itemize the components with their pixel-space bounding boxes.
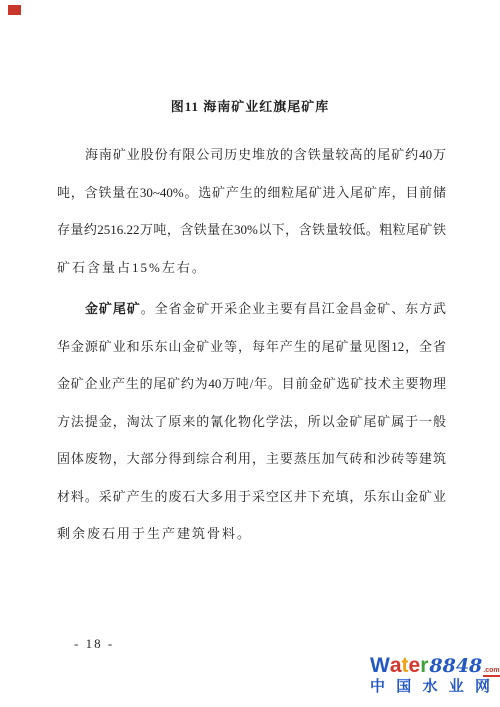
text-line: 金矿尾矿。全省金矿开采企业主要有昌江金昌金矿、东方武 [57,290,446,328]
text-line: 海南矿业股份有限公司历史堆放的含铁量较高的尾矿约40万 [57,136,446,174]
text-line: 材料。采矿产生的废石大多用于采空区井下充填，乐东山金矿业 [57,478,446,516]
paragraph: 海南矿业股份有限公司历史堆放的含铁量较高的尾矿约40万 吨，含铁量在30~40%… [57,136,446,286]
paragraph-lead-rest: 。全省金矿开采企业主要有昌江金昌金矿、东方武 [141,301,446,316]
text-line: 矿石含量占15%左右。 [57,249,446,287]
text-line: 剩余废石用于生产建筑骨料。 [57,515,446,553]
figure-caption: 图11 海南矿业红旗尾矿库 [0,96,500,115]
brand-number-8848: 8848 [429,655,482,677]
paragraph-lead-bold: 金矿尾矿 [85,301,141,316]
text-line: 固体废物，大部分得到综合利用，主要蒸压加气砖和沙砖等建筑 [57,440,446,478]
brand-letter-w: W [370,655,390,677]
text-line: 金矿企业产生的尾矿约为40万吨/年。目前金矿选矿技术主要物理 [57,365,446,403]
brand-tld-com: .com [483,667,499,677]
text-line: 方法提金，淘汰了原来的氰化物化学法，所以金矿尾矿属于一般 [57,403,446,441]
page-number: - 18 - [74,636,114,652]
brand-letter-e: e [409,655,421,677]
water8848-watermark-logo: W a t e r 8848 .com 中国水业网 [370,655,490,697]
document-page: 图11 海南矿业红旗尾矿库 海南矿业股份有限公司历史堆放的含铁量较高的尾矿约40… [0,0,500,707]
text-line: 存量约2516.22万吨，含铁量在30%以下，含铁量较低。粗粒尾矿铁 [57,211,446,249]
text-line: 华金源矿业和乐东山金矿业等，每年产生的尾矿量见图12，全省 [57,328,446,366]
text-line: 吨，含铁量在30~40%。选矿产生的细粒尾矿进入尾矿库，目前储 [57,174,446,212]
brand-letter-r: r [420,655,428,677]
watermark-brand-line: W a t e r 8848 .com [370,655,490,677]
watermark-subtitle: 中国水业网 [370,677,490,697]
paragraph: 金矿尾矿。全省金矿开采企业主要有昌江金昌金矿、东方武 华金源矿业和乐东山金矿业等… [57,290,446,553]
brand-letter-t: t [402,655,409,677]
document-body: 海南矿业股份有限公司历史堆放的含铁量较高的尾矿约40万 吨，含铁量在30~40%… [57,136,446,553]
brand-letter-a: a [390,655,402,677]
red-corner-mark [8,5,21,15]
